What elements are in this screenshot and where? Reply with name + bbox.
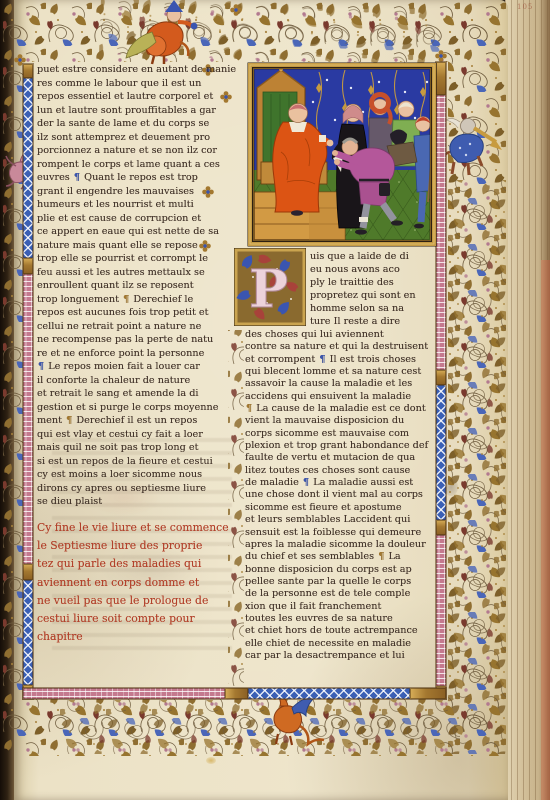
bottom-border-bar <box>23 688 446 699</box>
text-line: faulte de vertu et mutacion de qua <box>245 452 437 464</box>
text-line: propretez qui sont en <box>310 290 436 303</box>
text-line: cellui ne retrait point a nature ne <box>37 320 229 334</box>
text-line: plexion et trop grant habondance def <box>245 440 437 452</box>
text-line: il conforte la chaleur de nature <box>37 374 229 388</box>
text-line: pellee sante par la quelle le corps <box>245 576 437 588</box>
text-line: euvres ¶ Quant le repos est trop <box>37 171 229 185</box>
text-line: du chief et ses semblables ¶ La <box>245 551 437 563</box>
text-line: ment ¶ Derechief il est un repos <box>37 414 229 428</box>
text-line: homme selon sa na <box>310 303 436 316</box>
text-line: ¶ La cause de la maladie est ce dont <box>245 403 437 415</box>
text-line: nature mais quant elle se repose <box>37 239 229 253</box>
text-line: re et ne enforce point la personne <box>37 347 229 361</box>
initial-letter: P <box>249 259 288 320</box>
text-line: eu nous avons aco <box>310 264 436 277</box>
text-line: porcionnez a nature et se non ilz cor <box>37 144 229 158</box>
text-line: repos essentiel et lautre corporel et <box>37 90 229 104</box>
text-line: Cy fine le vie liure et se commence <box>37 519 229 537</box>
miniature-painting <box>247 62 437 247</box>
right-border-bar <box>436 62 446 699</box>
text-line: litez toutes ces choses sont cause <box>245 465 437 477</box>
text-line: bonne disposicion du corps est ap <box>245 564 437 576</box>
text-line: qui est vlay et cestui cy fait a loer <box>37 428 229 442</box>
text-line: des choses qui lui aviennent <box>245 329 437 341</box>
text-line: cy est moins a loer sicomme nous <box>37 468 229 482</box>
text-line: repos est aucunes fois trop petit et <box>37 306 229 320</box>
text-line: enroullent quant ilz se reposent <box>37 279 229 293</box>
parchment-stain <box>206 757 216 764</box>
text-line: ne vueil pas que le prologue de <box>37 592 229 610</box>
text-line: contre sa nature et qui la destruisent <box>245 341 437 353</box>
text-line: feu aussi et les autres mettaulx se <box>37 266 229 280</box>
text-line: rompent le corps et lame quant a ces <box>37 158 229 172</box>
text-line: et leurs semblables Laccident qui <box>245 514 437 526</box>
text-line: tez qui parle des maladies qui <box>37 555 229 573</box>
right-text-column: des choses qui lui aviennentcontre sa na… <box>245 329 437 662</box>
text-line: une chose dont il vient mal au corps <box>245 489 437 501</box>
text-line: accidens qui ensuivent la maladie <box>245 391 437 403</box>
text-line: cestui liure soit compte pour <box>37 610 229 628</box>
text-line: dirons cy apres ou septiesme liure <box>37 482 229 496</box>
text-line: res comme le labour que il est un <box>37 77 229 91</box>
text-line: ilz sont attemprez et deuement pro <box>37 131 229 145</box>
text-line: qui blecent lomme et sa nature cest <box>245 366 437 378</box>
text-line: elle chiet de necessite en maladie <box>245 638 437 650</box>
text-line: se dieu plaist <box>37 495 229 509</box>
text-line: ply le traittie des <box>310 277 436 290</box>
text-line: grant il engendre les mauvaises <box>37 185 229 199</box>
text-line: ne recompense pas la perte de natu <box>37 333 229 347</box>
text-line: humeurs et les nourrist et multi <box>37 198 229 212</box>
text-line: vient la mauvaise disposicion du <box>245 415 437 427</box>
text-line: le Septiesme liure des proprie <box>37 537 229 555</box>
illuminated-initial: P <box>233 247 307 327</box>
text-line: chapitre <box>37 628 229 646</box>
text-line: de maladie ¶ La maladie aussi est <box>245 477 437 489</box>
text-line: puet estre considere en autant de manie <box>37 63 229 77</box>
text-line: trop elle se pourrist et corrompt le <box>37 252 229 266</box>
text-line: aviennent en corps domme et <box>37 574 229 592</box>
text-line: apres la maladie sicomme la douleur <box>245 539 437 551</box>
text-line: mais quil ne soit pas trop long et <box>37 441 229 455</box>
text-line: si est un repos de la fieure et cestui <box>37 455 229 469</box>
text-line: sicomme est fieure et apostume <box>245 502 437 514</box>
folio-number: 105 <box>517 3 533 11</box>
text-line: trop longuement ¶ Derechief le <box>37 293 229 307</box>
text-line: plie et est cause de corrupcion et <box>37 212 229 226</box>
text-line: lun et lautre sont prouffitables a gar <box>37 104 229 118</box>
rubric-text: Cy fine le vie liure et se commencele Se… <box>37 519 229 646</box>
text-line: toutes les euvres de sa nature <box>245 613 437 625</box>
page-stack-red-edge <box>541 260 550 800</box>
text-line: sensuit est la foiblesse qui demeure <box>245 527 437 539</box>
manuscript-photo: { "page": { "folio_number": "105", "left… <box>0 0 550 800</box>
text-line: et chiet hors de toute actrempance <box>245 625 437 637</box>
text-line: corps sicomme est mauvaise com <box>245 428 437 440</box>
text-line: et corrompent ¶ Il est trois choses <box>245 354 437 366</box>
left-border-bar <box>23 64 33 699</box>
text-line: et retrait le sang et amende la di <box>37 387 229 401</box>
text-line: der la sante de lame et du corps se <box>37 117 229 131</box>
text-line: ¶ Le repos moien fait a louer car <box>37 360 229 374</box>
text-line: assavoir la cause la maladie et les <box>245 378 437 390</box>
text-line: car par la desactrempance et lui <box>245 650 437 662</box>
left-text-column: puet estre considere en autant de manier… <box>37 63 229 509</box>
text-line: de la personne est de tele comple <box>245 588 437 600</box>
text-line: uis que a laide de di <box>310 251 436 264</box>
parchment-stain <box>444 478 458 496</box>
text-line: gestion et si purge le corps moyenne <box>37 401 229 415</box>
text-line: ture Il reste a dire <box>310 316 436 329</box>
text-line: ce appert en eaue qui est nette de sa <box>37 225 229 239</box>
text-line: xion que il fait franchement <box>245 601 437 613</box>
right-text-column-beside-initial: uis que a laide de dieu nous avons acopl… <box>310 251 436 328</box>
